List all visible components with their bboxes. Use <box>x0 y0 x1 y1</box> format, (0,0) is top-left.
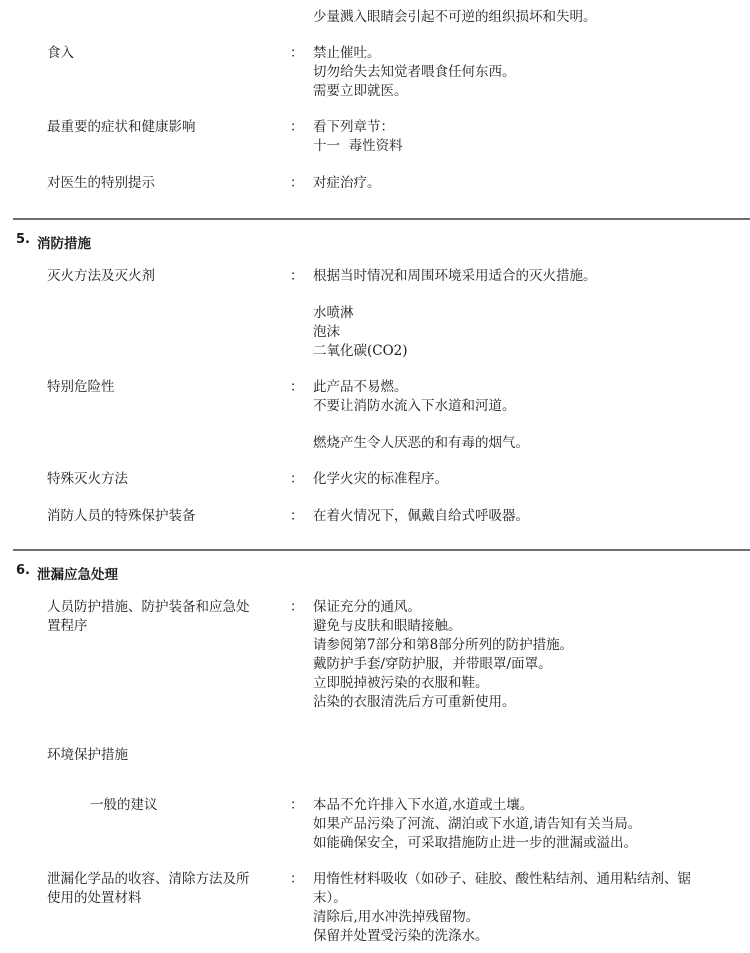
section-6-title: 泄漏应急处理 <box>37 563 118 583</box>
extinguishing-label: 灭火方法及灭火剂 <box>47 267 282 286</box>
physician-notes-label: 对医生的特别提示 <box>47 174 282 193</box>
symptoms-colon: ： <box>290 118 304 137</box>
physician-notes-line-1: 对症治疗。 <box>313 174 381 193</box>
firefighter-ppe-line-1: 在着火情况下，佩戴自给式呼吸器。 <box>313 507 529 526</box>
containment-line-4: 保留并处置受污染的洗涤水。 <box>313 927 489 946</box>
extinguishing-colon: ： <box>290 267 304 286</box>
symptoms-line-2: 十一 毒性资料 <box>313 137 403 156</box>
special-hazards-line-3: 燃烧产生令人厌恶的和有毒的烟气。 <box>313 434 529 453</box>
personal-precautions-line-3: 请参阅第7部分和第8部分所列的防护措施。 <box>313 636 573 655</box>
firefighter-ppe-colon: ： <box>290 507 304 526</box>
general-advice-line-2: 如果产品污染了河流、湖泊或下水道,请告知有关当局。 <box>313 815 641 834</box>
general-advice-line-3: 如能确保安全，可采取措施防止进一步的泄漏或溢出。 <box>313 834 637 853</box>
personal-precautions-line-6: 沾染的衣服清洗后方可重新使用。 <box>313 693 516 712</box>
personal-precautions-line-1: 保证充分的通风。 <box>313 598 421 617</box>
section-5-title: 消防措施 <box>37 232 91 252</box>
personal-precautions-label-line-2: 置程序 <box>47 617 282 636</box>
extinguishing-line-3: 泡沫 <box>313 323 340 342</box>
extinguishing-line-1: 根据当时情况和周围环境采用适合的灭火措施。 <box>313 267 597 286</box>
section-5-number: 5. <box>16 232 30 247</box>
general-advice-line-1: 本品不允许排入下水道,水道或土壤。 <box>313 796 533 815</box>
special-hazards-colon: ： <box>290 378 304 397</box>
containment-line-2: 末）。 <box>313 889 347 908</box>
special-methods-label: 特殊灭火方法 <box>47 470 282 489</box>
general-advice-colon: ： <box>290 796 304 815</box>
personal-precautions-line-5: 立即脱掉被污染的衣服和鞋。 <box>313 674 489 693</box>
special-hazards-label: 特别危险性 <box>47 378 282 397</box>
personal-precautions-label-line-1: 人员防护措施、防护装备和应急处 <box>47 598 282 617</box>
special-hazards-line-2: 不要让消防水流入下水道和河道。 <box>313 397 516 416</box>
ingestion-line-1: 禁止催吐。 <box>313 44 381 63</box>
containment-line-1: 用惰性材料吸收（如砂子、硅胶、酸性粘结剂、通用粘结剂、锯 <box>313 870 691 889</box>
containment-label-line-2: 使用的处置材料 <box>47 889 282 908</box>
personal-precautions-line-4: 戴防护手套/穿防护服，并带眼罩/面罩。 <box>313 655 552 674</box>
containment-line-3: 清除后,用水冲洗掉残留物。 <box>313 908 479 927</box>
physician-notes-colon: ： <box>290 174 304 193</box>
section-6-number: 6. <box>16 563 30 578</box>
ingestion-line-3: 需要立即就医。 <box>313 82 408 101</box>
ingestion-label: 食入 <box>47 44 282 63</box>
extinguishing-line-4: 二氧化碳(CO2) <box>313 342 408 361</box>
symptoms-line-1: 看下列章节： <box>313 118 394 137</box>
containment-label-line-1: 泄漏化学品的收容、清除方法及所 <box>47 870 282 889</box>
personal-precautions-line-2: 避免与皮肤和眼睛接触。 <box>313 617 462 636</box>
section-divider <box>13 218 750 220</box>
containment-colon: ： <box>290 870 304 889</box>
firefighter-ppe-label: 消防人员的特殊保护装备 <box>47 507 282 526</box>
ingestion-colon: ： <box>290 44 304 63</box>
extinguishing-line-2: 水喷淋 <box>313 304 354 323</box>
ingestion-line-2: 切勿给失去知觉者喂食任何东西。 <box>313 63 516 82</box>
special-methods-line-1: 化学火灾的标准程序。 <box>313 470 448 489</box>
personal-precautions-colon: ： <box>290 598 304 617</box>
special-hazards-line-1: 此产品不易燃。 <box>313 378 408 397</box>
section-divider <box>13 549 750 551</box>
eye-contact-trailing-text: 少量溅入眼睛会引起不可逆的组织损坏和失明。 <box>313 8 597 27</box>
environmental-precautions-label: 环境保护措施 <box>47 746 282 765</box>
special-methods-colon: ： <box>290 470 304 489</box>
symptoms-label: 最重要的症状和健康影响 <box>47 118 282 137</box>
